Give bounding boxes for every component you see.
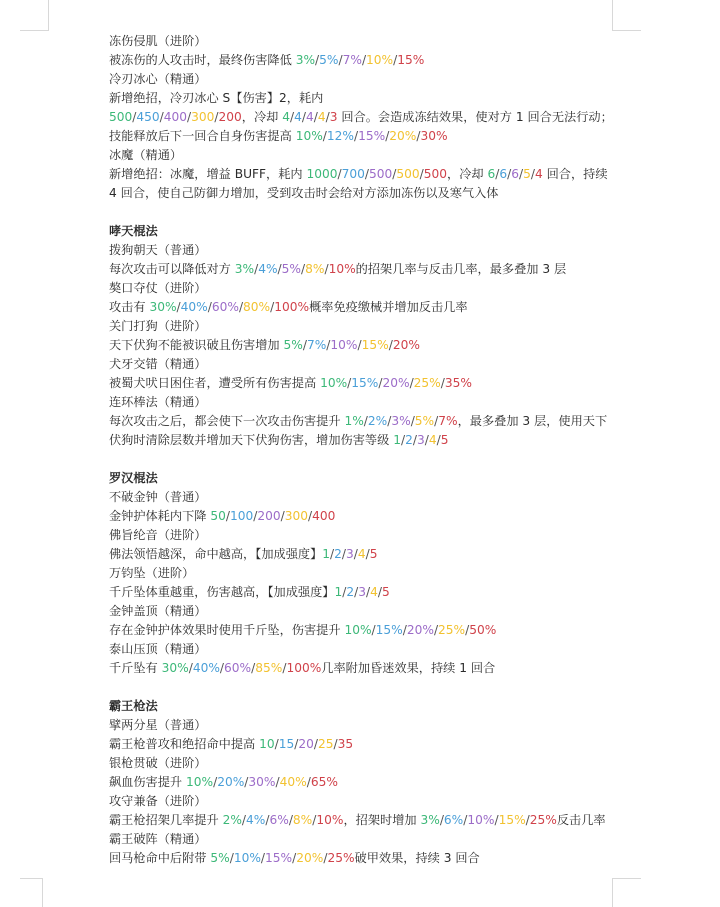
- section-title: 罗汉棍法: [109, 469, 619, 488]
- skill-desc: 被冻伤的人攻击时，最终伤害降低 3%/5%/7%/10%/15%: [109, 51, 619, 70]
- tier-value-3: 30%: [248, 775, 275, 789]
- tier-values: 10%/20%/30%/40%/65%: [186, 775, 338, 789]
- tier-value-4: 15%: [499, 813, 526, 827]
- tier-value-5: 35: [338, 737, 354, 751]
- tier-value-1: 30%: [162, 661, 189, 675]
- tier-value-3: 20%: [407, 623, 434, 637]
- skill-desc: 千斤坠有 30%/40%/60%/85%/100%几率附加昏迷效果，持续 1 回…: [109, 659, 619, 678]
- skill-desc: 被蜀犬吠日困住者，遭受所有伤害提高 10%/15%/20%/25%/35%: [109, 374, 619, 393]
- tier-value-1: 1: [322, 547, 330, 561]
- skill-name: 泰山压顶（精通）: [109, 640, 619, 659]
- desc-text: 攻击有: [109, 300, 149, 314]
- tier-value-2: 4%: [258, 262, 277, 276]
- desc-text: 的招架几率与反击几率，最多叠加 3 层: [356, 262, 567, 276]
- tier-value-3: 6%: [269, 813, 288, 827]
- tier-value-3: 15%: [265, 851, 292, 865]
- tier-value-2: 7%: [307, 338, 326, 352]
- tier-values: 1%/2%/3%/5%/7%: [344, 414, 457, 428]
- tier-value-2: 6: [499, 167, 507, 181]
- tier-values: 30%/40%/60%/85%/100%: [162, 661, 322, 675]
- tier-value-2: 100: [230, 509, 253, 523]
- desc-text: 新增绝招，冷刃冰心 S【伤害】2，耗内: [109, 91, 323, 105]
- desc-text: 每次攻击之后，都会使下一次攻击伤害提升: [109, 414, 344, 428]
- tier-values: 30%/40%/60%/80%/100%: [149, 300, 309, 314]
- skill-desc: 千斤坠体重越重，伤害越高，【加成强度】1/2/3/4/5: [109, 583, 619, 602]
- desc-text: 天下伏狗不能被识破且伤害增加: [109, 338, 284, 352]
- tier-values: 1000/700/500/500/500: [307, 167, 448, 181]
- tier-value-4: 85%: [255, 661, 282, 675]
- tier-value-3: 400: [164, 110, 187, 124]
- tier-value-5: 10%: [316, 813, 343, 827]
- tier-value-2: 40%: [181, 300, 208, 314]
- tier-values: 3%/4%/5%/8%/10%: [235, 262, 356, 276]
- tier-values: 4/4/4/4/3: [282, 110, 337, 124]
- tier-value-1: 1%: [344, 414, 363, 428]
- tier-value-4: 4: [370, 585, 378, 599]
- tier-value-5: 200: [219, 110, 242, 124]
- tier-value-4: 10%: [366, 53, 393, 67]
- tier-value-3: 3: [358, 585, 366, 599]
- tier-value-3: 15%: [358, 129, 385, 143]
- desc-text: 佛法领悟越深，命中越高，【加成强度】: [109, 547, 322, 561]
- desc-text: 破甲效果，持续 3 回合: [355, 851, 480, 865]
- tier-values: 3%/6%/10%/15%/25%: [420, 813, 556, 827]
- desc-text: 存在金钟护体效果时使用千斤坠，伤害提升: [109, 623, 344, 637]
- section-ice: 冻伤侵肌（进阶） 被冻伤的人攻击时，最终伤害降低 3%/5%/7%/10%/15…: [109, 32, 619, 203]
- tier-value-1: 5%: [210, 851, 229, 865]
- tier-value-2: 5%: [319, 53, 338, 67]
- tier-values: 10%/15%/20%/25%/50%: [344, 623, 496, 637]
- skill-name: 霸王破阵（精通）: [109, 830, 619, 849]
- skill-desc: 回马枪命中后附带 5%/10%/15%/20%/25%破甲效果，持续 3 回合: [109, 849, 619, 868]
- skill-desc: 每次攻击之后，都会使下一次攻击伤害提升 1%/2%/3%/5%/7%，最多叠加 …: [109, 412, 619, 450]
- skill-desc: 存在金钟护体效果时使用千斤坠，伤害提升 10%/15%/20%/25%/50%: [109, 621, 619, 640]
- skill-desc: 金钟护体耗内下降 50/100/200/300/400: [109, 507, 619, 526]
- tier-value-2: 10%: [234, 851, 261, 865]
- skill-name: 冻伤侵肌（进阶）: [109, 32, 619, 51]
- tier-value-2: 2%: [368, 414, 387, 428]
- tier-value-1: 3%: [235, 262, 254, 276]
- desc-text: 几率附加昏迷效果，持续 1 回合: [321, 661, 495, 675]
- tier-value-5: 25%: [327, 851, 354, 865]
- tier-value-5: 500: [424, 167, 447, 181]
- tier-values: 5%/7%/10%/15%/20%: [284, 338, 420, 352]
- tier-value-5: 5: [382, 585, 390, 599]
- tier-value-4: 25%: [438, 623, 465, 637]
- skill-name: 银枪贯破（进阶）: [109, 754, 619, 773]
- tier-values: 10%/12%/15%/20%/30%: [296, 129, 448, 143]
- tier-value-2: 2: [334, 547, 342, 561]
- skill-desc: 霸王枪普攻和绝招命中提高 10/15/20/25/35: [109, 735, 619, 754]
- tier-value-1: 1000: [307, 167, 338, 181]
- desc-text: 千斤坠体重越重，伤害越高，【加成强度】: [109, 585, 334, 599]
- tier-value-5: 35%: [445, 376, 472, 390]
- desc-text: 被蜀犬吠日困住者，遭受所有伤害提高: [109, 376, 320, 390]
- tier-value-2: 4: [294, 110, 302, 124]
- tier-value-4: 5: [523, 167, 531, 181]
- tier-value-2: 15%: [376, 623, 403, 637]
- desc-text: 新增绝招：冰魔，增益 BUFF，耗内: [109, 167, 307, 181]
- tier-values: 10%/15%/20%/25%/35%: [320, 376, 472, 390]
- skill-desc: 佛法领悟越深，命中越高，【加成强度】1/2/3/4/5: [109, 545, 619, 564]
- tier-values: 1/2/3/4/5: [322, 547, 377, 561]
- tier-value-5: 400: [312, 509, 335, 523]
- tier-value-2: 450: [136, 110, 159, 124]
- desc-text: 概率免疫缴械并增加反击几率: [309, 300, 467, 314]
- skill-name: 万钧坠（进阶）: [109, 564, 619, 583]
- desc-text: 被冻伤的人攻击时，最终伤害降低: [109, 53, 296, 67]
- tier-values: 3%/5%/7%/10%/15%: [296, 53, 425, 67]
- tier-value-5: 50%: [469, 623, 496, 637]
- skill-name: 犬牙交错（精通）: [109, 355, 619, 374]
- section-xiaotian-staff: 哮天棍法 拨狗朝天（普通） 每次攻击可以降低对方 3%/4%/5%/8%/10%…: [109, 222, 619, 450]
- tier-values: 50/100/200/300/400: [210, 509, 335, 523]
- tier-value-4: 15%: [362, 338, 389, 352]
- tier-value-3: 200: [257, 509, 280, 523]
- section-title: 哮天棍法: [109, 222, 619, 241]
- tier-value-3: 3: [346, 547, 354, 561]
- tier-value-3: 5%: [282, 262, 301, 276]
- tier-value-1: 10%: [186, 775, 213, 789]
- tier-value-3: 60%: [212, 300, 239, 314]
- tier-value-1: 4: [282, 110, 290, 124]
- tier-value-2: 6%: [444, 813, 463, 827]
- skill-name: 关门打狗（进阶）: [109, 317, 619, 336]
- tier-values: 10/15/20/25/35: [259, 737, 353, 751]
- tier-value-5: 100%: [274, 300, 309, 314]
- tier-value-4: 20%: [389, 129, 416, 143]
- skill-name: 拨狗朝天（普通）: [109, 241, 619, 260]
- tier-values: 500/450/400/300/200: [109, 110, 242, 124]
- tier-value-4: 300: [285, 509, 308, 523]
- tier-values: 1/2/3/4/5: [393, 433, 448, 447]
- tier-value-5: 65%: [311, 775, 338, 789]
- skill-desc: 飙血伤害提升 10%/20%/30%/40%/65%: [109, 773, 619, 792]
- tier-value-1: 2%: [223, 813, 242, 827]
- tier-value-2: 40%: [193, 661, 220, 675]
- tier-value-5: 30%: [421, 129, 448, 143]
- desc-text: 反击几率: [557, 813, 606, 827]
- desc-text: ，招架时增加: [343, 813, 420, 827]
- skill-name: 冰魔（精通）: [109, 146, 619, 165]
- tier-values: 6/6/6/5/4: [487, 167, 542, 181]
- desc-text: 霸王枪普攻和绝招命中提高: [109, 737, 259, 751]
- tier-value-3: 6: [511, 167, 519, 181]
- tier-value-3: 4: [306, 110, 314, 124]
- skill-name: 攻守兼备（进阶）: [109, 792, 619, 811]
- tier-value-4: 4: [429, 433, 437, 447]
- skill-name: 冷刃冰心（精通）: [109, 70, 619, 89]
- section-title: 霸王枪法: [109, 697, 619, 716]
- tier-value-1: 3%: [296, 53, 315, 67]
- tier-value-1: 1: [393, 433, 401, 447]
- tier-value-2: 15: [279, 737, 295, 751]
- tier-value-3: 10%: [467, 813, 494, 827]
- tier-value-4: 4: [318, 110, 326, 124]
- page-corner-mark-bottom-right: [612, 878, 641, 907]
- page-corner-mark-bottom-left: [20, 878, 43, 907]
- section-luohan-staff: 罗汉棍法 不破金钟（普通） 金钟护体耗内下降 50/100/200/300/40…: [109, 469, 619, 678]
- skill-name: 擘两分星（普通）: [109, 716, 619, 735]
- skill-name: 不破金钟（普通）: [109, 488, 619, 507]
- tier-value-4: 40%: [280, 775, 307, 789]
- tier-value-5: 100%: [286, 661, 321, 675]
- tier-value-3: 7%: [343, 53, 362, 67]
- skill-name: 金钟盖顶（精通）: [109, 602, 619, 621]
- tier-value-2: 15%: [351, 376, 378, 390]
- desc-text: 回马枪命中后附带: [109, 851, 210, 865]
- tier-value-4: 25: [318, 737, 334, 751]
- desc-text: ，冷却: [242, 110, 282, 124]
- tier-value-3: 20%: [382, 376, 409, 390]
- tier-value-4: 25%: [414, 376, 441, 390]
- tier-value-3: 10%: [330, 338, 357, 352]
- tier-value-5: 25%: [530, 813, 557, 827]
- desc-text: 金钟护体耗内下降: [109, 509, 210, 523]
- tier-value-4: 5%: [415, 414, 434, 428]
- tier-value-4: 300: [191, 110, 214, 124]
- tier-value-5: 7%: [438, 414, 457, 428]
- tier-value-4: 8%: [305, 262, 324, 276]
- tier-value-1: 500: [109, 110, 132, 124]
- tier-value-4: 500: [396, 167, 419, 181]
- section-bawang-spear: 霸王枪法 擘两分星（普通） 霸王枪普攻和绝招命中提高 10/15/20/25/3…: [109, 697, 619, 868]
- tier-value-2: 700: [342, 167, 365, 181]
- tier-value-1: 10%: [296, 129, 323, 143]
- tier-value-3: 3: [417, 433, 425, 447]
- tier-value-2: 2: [405, 433, 413, 447]
- tier-value-2: 12%: [327, 129, 354, 143]
- skill-desc: 新增绝招，冷刃冰心 S【伤害】2，耗内 500/450/400/300/200，…: [109, 89, 619, 146]
- tier-value-2: 4%: [246, 813, 265, 827]
- page-corner-mark-top-right: [612, 0, 641, 31]
- page-corner-mark-top-left: [20, 0, 49, 31]
- tier-value-1: 10: [259, 737, 275, 751]
- tier-value-1: 30%: [149, 300, 176, 314]
- desc-text: 飙血伤害提升: [109, 775, 186, 789]
- tier-values: 1/2/3/4/5: [334, 585, 389, 599]
- skill-desc: 霸王枪招架几率提升 2%/4%/6%/8%/10%，招架时增加 3%/6%/10…: [109, 811, 619, 830]
- tier-values: 5%/10%/15%/20%/25%: [210, 851, 354, 865]
- tier-value-4: 80%: [243, 300, 270, 314]
- tier-value-3: 20: [298, 737, 314, 751]
- tier-value-4: 20%: [296, 851, 323, 865]
- tier-value-5: 5: [441, 433, 449, 447]
- tier-value-5: 5: [370, 547, 378, 561]
- tier-value-4: 8%: [293, 813, 312, 827]
- tier-values: 2%/4%/6%/8%/10%: [223, 813, 344, 827]
- skill-desc: 每次攻击可以降低对方 3%/4%/5%/8%/10%的招架几率与反击几率，最多叠…: [109, 260, 619, 279]
- tier-value-4: 4: [358, 547, 366, 561]
- skill-desc: 攻击有 30%/40%/60%/80%/100%概率免疫缴械并增加反击几率: [109, 298, 619, 317]
- skill-desc: 天下伏狗不能被识破且伤害增加 5%/7%/10%/15%/20%: [109, 336, 619, 355]
- document-page: 冻伤侵肌（进阶） 被冻伤的人攻击时，最终伤害降低 3%/5%/7%/10%/15…: [109, 32, 619, 868]
- tier-value-2: 20%: [217, 775, 244, 789]
- tier-value-5: 15%: [397, 53, 424, 67]
- tier-value-1: 50: [210, 509, 226, 523]
- tier-value-1: 5%: [284, 338, 303, 352]
- desc-text: ，冷却: [447, 167, 487, 181]
- tier-value-3: 3%: [391, 414, 410, 428]
- skill-name: 佛旨纶音（进阶）: [109, 526, 619, 545]
- tier-value-5: 10%: [329, 262, 356, 276]
- skill-name: 连环棒法（精通）: [109, 393, 619, 412]
- desc-text: 每次攻击可以降低对方: [109, 262, 235, 276]
- tier-value-3: 500: [369, 167, 392, 181]
- tier-value-5: 4: [535, 167, 543, 181]
- tier-value-1: 10%: [320, 376, 347, 390]
- desc-text: 千斤坠有: [109, 661, 162, 675]
- tier-value-3: 60%: [224, 661, 251, 675]
- tier-value-5: 20%: [393, 338, 420, 352]
- tier-value-2: 2: [346, 585, 354, 599]
- tier-value-1: 3%: [420, 813, 439, 827]
- skill-desc: 新增绝招：冰魔，增益 BUFF，耗内 1000/700/500/500/500，…: [109, 165, 619, 203]
- tier-value-1: 10%: [344, 623, 371, 637]
- desc-text: 霸王枪招架几率提升: [109, 813, 223, 827]
- skill-name: 獒口夺仗（进阶）: [109, 279, 619, 298]
